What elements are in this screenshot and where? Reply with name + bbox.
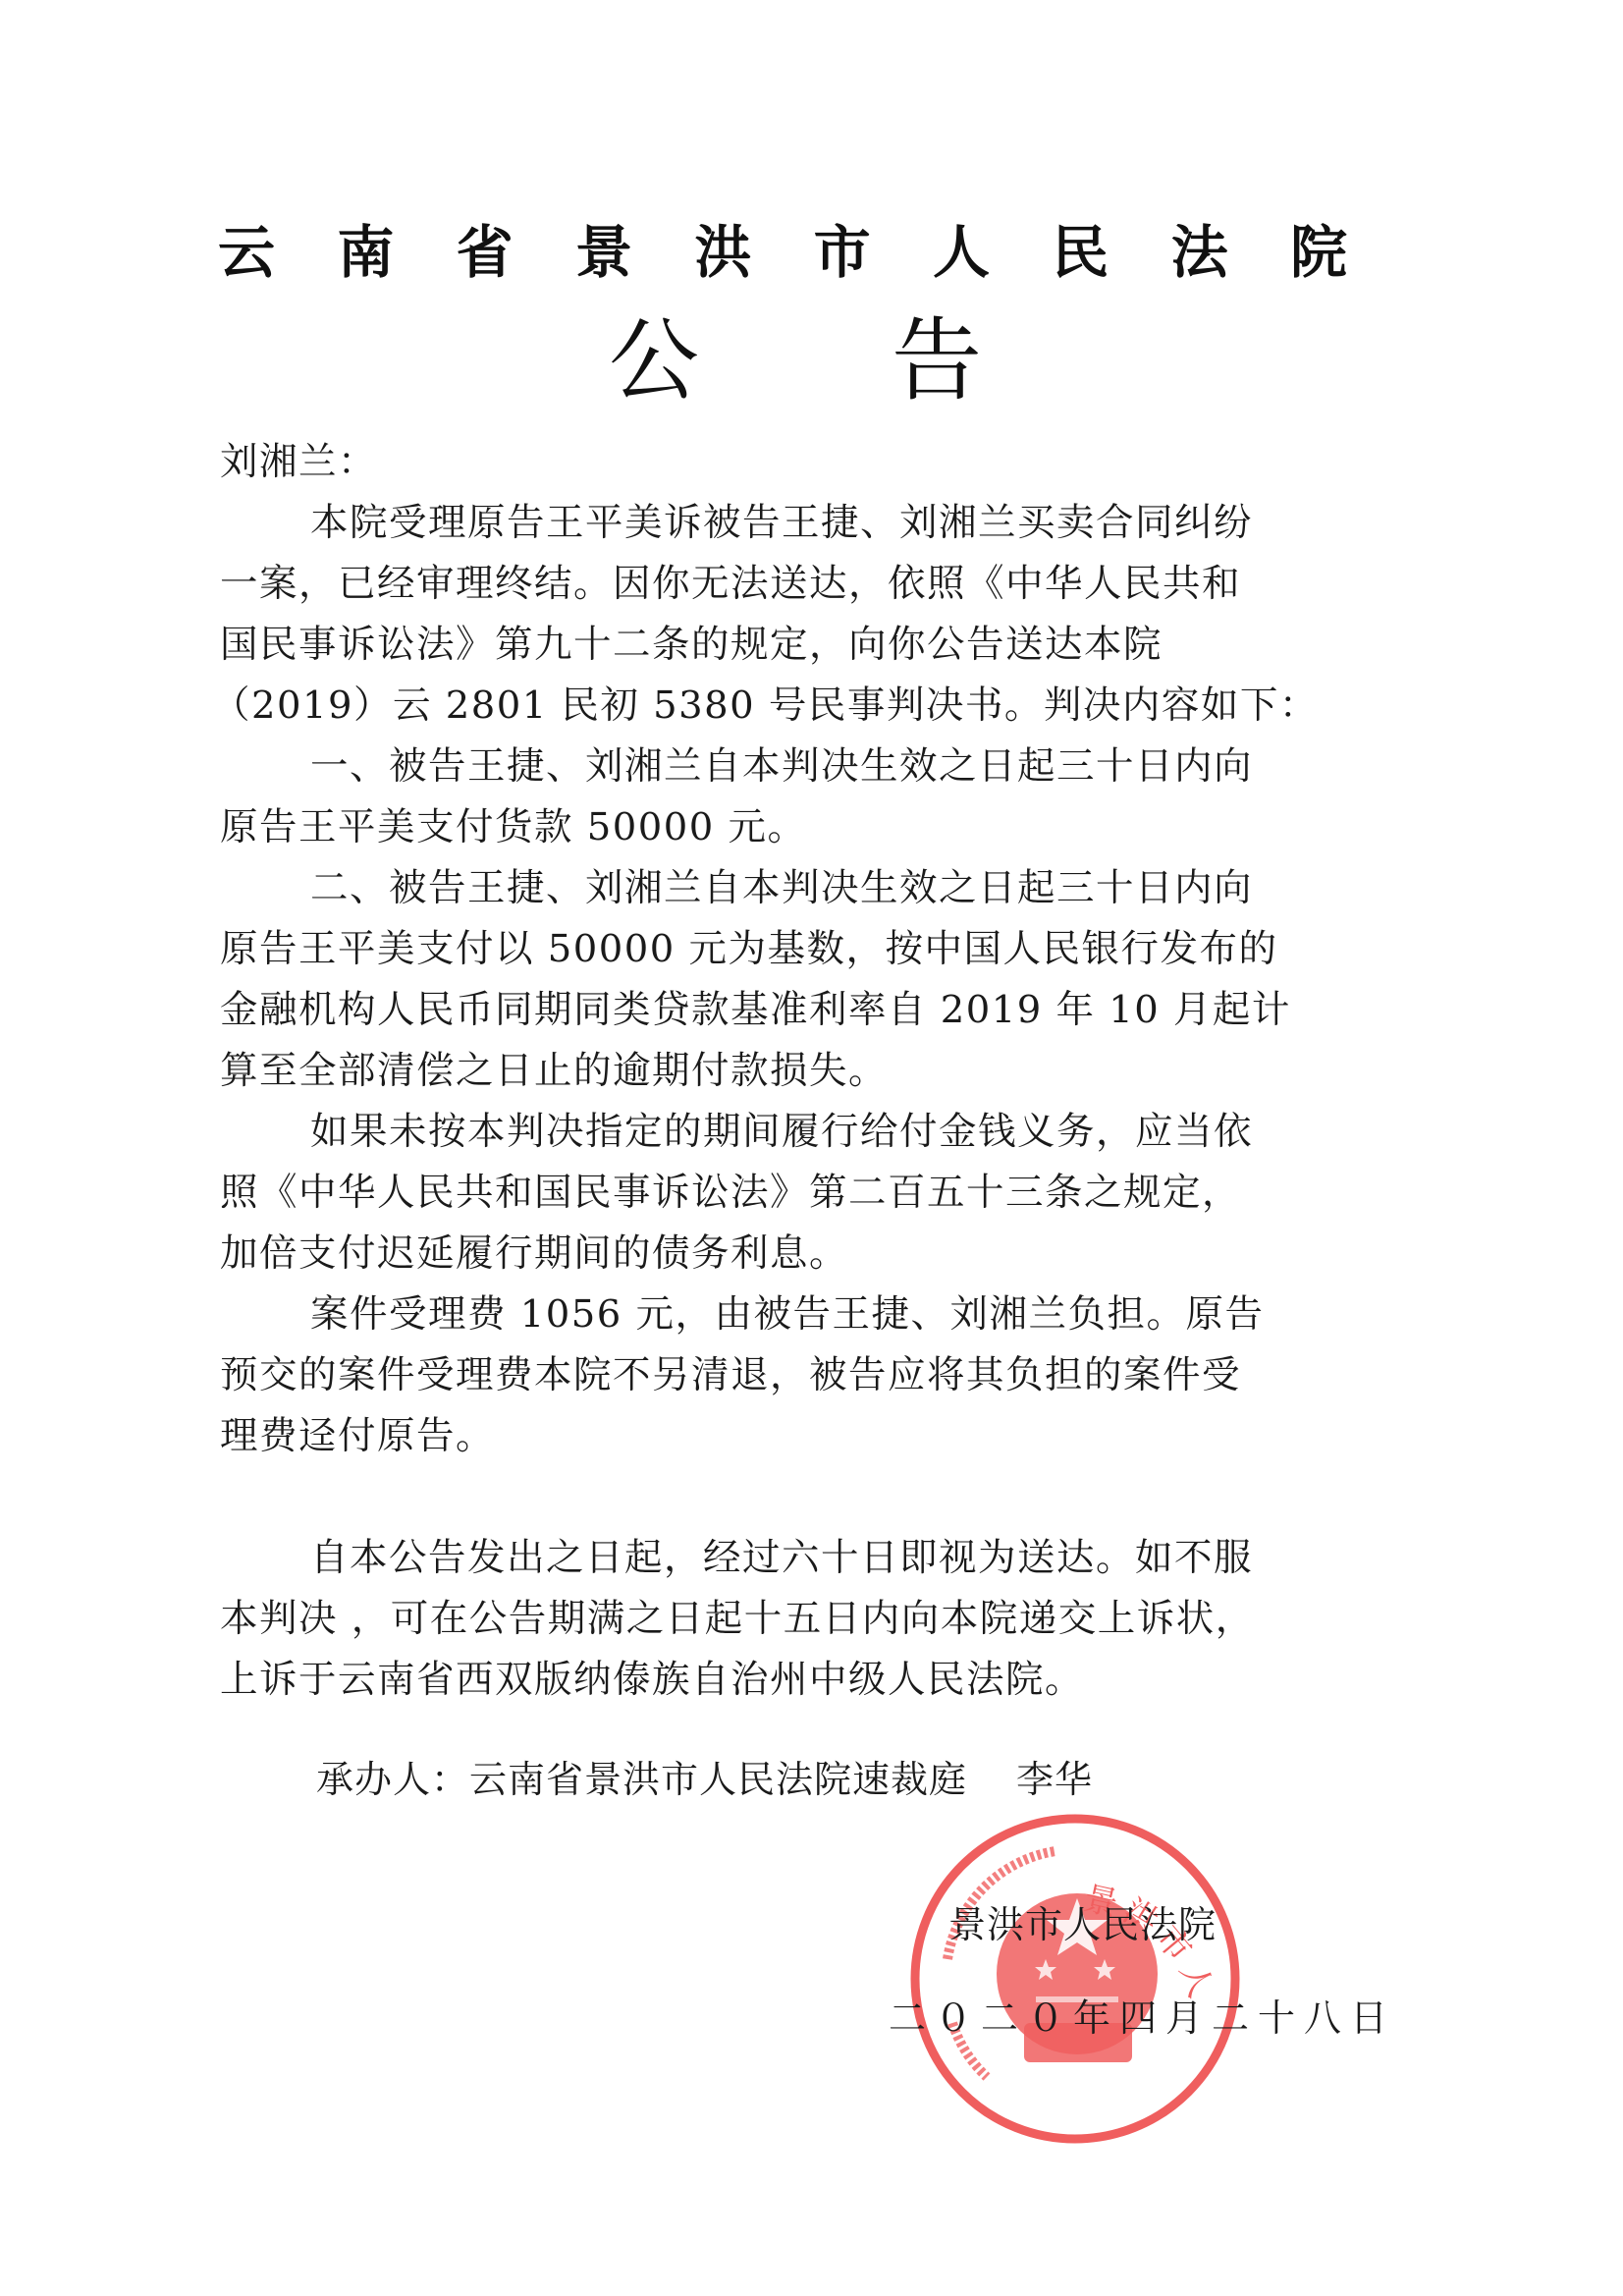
handler-name: 李华 <box>1016 1758 1093 1801</box>
court-name-char: 市 <box>814 218 871 287</box>
court-name-char: 南 <box>337 218 394 287</box>
issuing-court: 景洪市人民法院 <box>948 1895 1217 1954</box>
fee-clause-line: 案件受理费 1056 元，由被告王捷、刘湘兰负担。原告 <box>220 1285 1349 1345</box>
court-name-char: 院 <box>1290 218 1347 287</box>
court-name-char: 云 <box>218 218 275 287</box>
judgment-item-2-line: 原告王平美支付以 50000 元为基数，按中国人民银行发布的 <box>220 919 1349 980</box>
court-name-char: 洪 <box>694 218 751 287</box>
fee-clause-line: 理费迳付原告。 <box>220 1406 1349 1467</box>
notice-title: 公 告 <box>609 312 982 410</box>
fee-clause-line: 预交的案件受理费本院不另清退，被告应将其负担的案件受 <box>220 1345 1349 1406</box>
notice-title-char: 告 <box>892 312 982 410</box>
handler-signature: 承办人：云南省景洪市人民法院速裁庭李华 <box>316 1750 1093 1809</box>
notice-title-char: 公 <box>609 312 699 410</box>
handler-label: 承办人：云南省景洪市人民法院速裁庭 <box>316 1758 967 1801</box>
service-clause-line: 自本公告发出之日起，经过六十日即视为送达。如不服 <box>220 1528 1349 1589</box>
court-name-char: 法 <box>1171 218 1228 287</box>
court-name-char: 民 <box>1052 218 1109 287</box>
judgment-item-2-line: 金融机构人民币同期同类贷款基准利率自 2019 年 10 月起计 <box>220 980 1349 1041</box>
addressee: 刘湘兰： <box>220 432 1349 493</box>
service-clause-line: 上诉于云南省西双版纳傣族自治州中级人民法院。 <box>220 1650 1349 1711</box>
default-clause-line: 如果未按本判决指定的期间履行给付金钱义务，应当依 <box>220 1102 1349 1163</box>
notice-body: 刘湘兰： 本院受理原告王平美诉被告王捷、刘湘兰买卖合同纠纷 一案，已经审理终结。… <box>220 432 1349 1711</box>
court-name-heading: 云 南 省 景 洪 市 人 民 法 院 <box>218 218 1347 287</box>
court-name-char: 景 <box>575 218 632 287</box>
issue-date: 二０二０年四月二十八日 <box>889 1989 1396 2048</box>
court-name-char: 省 <box>457 218 514 287</box>
paragraph-gap <box>220 1467 1349 1528</box>
service-clause-line: 本判决 ，可在公告期满之日起十五日内向本院递交上诉状， <box>220 1589 1349 1650</box>
intro-line: 一案，已经审理终结。因你无法送达，依照《中华人民共和 <box>220 554 1349 615</box>
judgment-item-1-line: 一、被告王捷、刘湘兰自本判决生效之日起三十日内向 <box>220 737 1349 797</box>
judgment-item-2-line: 算至全部清偿之日止的逾期付款损失。 <box>220 1041 1349 1102</box>
intro-line: （2019）云 2801 民初 5380 号民事判决书。判决内容如下： <box>212 676 1349 737</box>
judgment-item-1-line: 原告王平美支付货款 50000 元。 <box>220 797 1349 858</box>
default-clause-line: 照《中华人民共和国民事诉讼法》第二百五十三条之规定， <box>220 1163 1349 1224</box>
intro-line: 本院受理原告王平美诉被告王捷、刘湘兰买卖合同纠纷 <box>220 493 1349 554</box>
judgment-item-2-line: 二、被告王捷、刘湘兰自本判决生效之日起三十日内向 <box>220 858 1349 919</box>
court-name-char: 人 <box>933 218 990 287</box>
court-seal-stamp-icon: 景洪市人民法院 <box>908 1812 1242 2146</box>
default-clause-line: 加倍支付迟延履行期间的债务利息。 <box>220 1224 1349 1285</box>
intro-line: 国民事诉讼法》第九十二条的规定，向你公告送达本院 <box>220 615 1349 676</box>
